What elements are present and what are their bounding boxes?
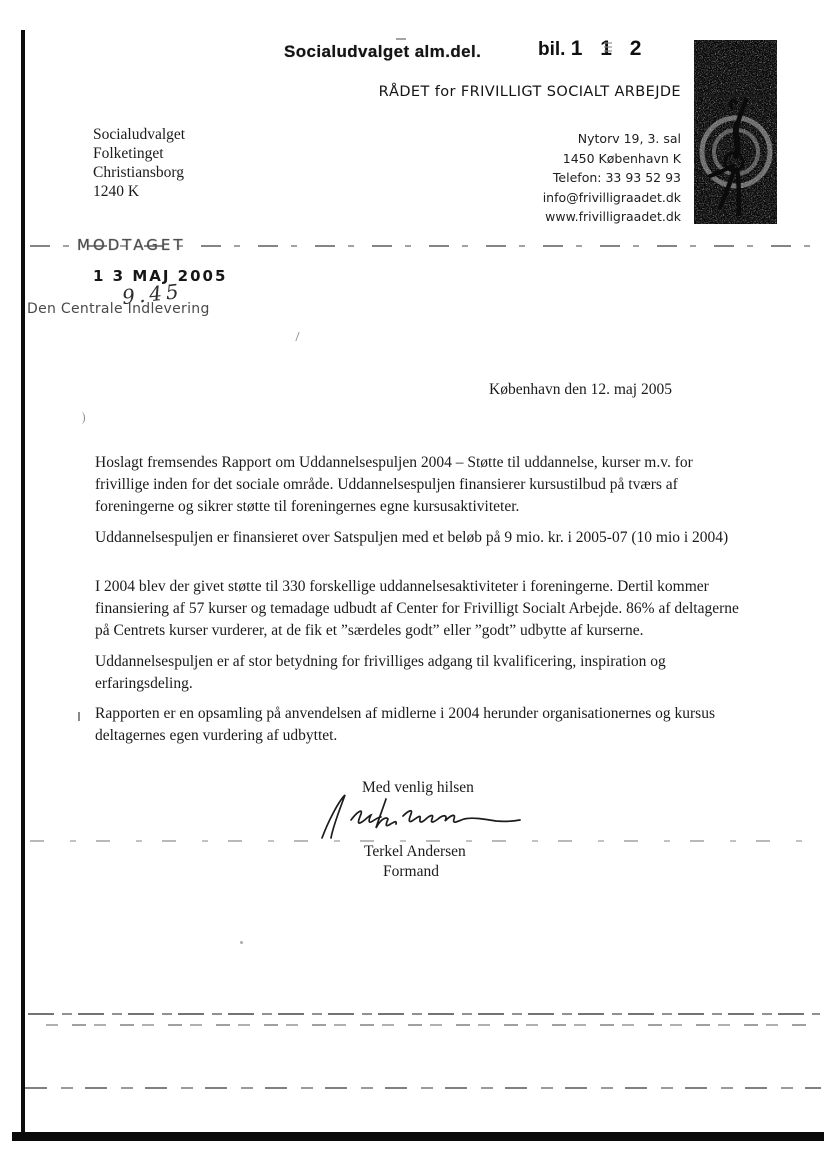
recipient-line: Folketinget (93, 144, 185, 163)
scan-edge-bottom-bar (12, 1132, 824, 1141)
sender-phone-line: Telefon: 33 93 52 93 (543, 168, 681, 188)
body-paragraph: I 2004 blev der givet støtte til 330 for… (95, 576, 755, 642)
sender-email-line: info@frivilligraadet.dk (543, 188, 681, 208)
scan-dash-artifact (396, 38, 406, 40)
signer-role: Formand (383, 863, 439, 881)
scan-edge-left-bar (21, 30, 25, 1133)
bil-number-stamp: bil. 1 1 2 (538, 37, 647, 61)
body-paragraph: Uddannelsespuljen er finansieret over Sa… (95, 527, 747, 549)
scan-dot-artifact (240, 941, 243, 944)
dancer-figure-logo-image (694, 40, 777, 224)
dashed-scan-line-bottom-1 (28, 1013, 820, 1015)
scan-tick-artifact (78, 712, 80, 721)
sender-address-line: Nytorv 19, 3. sal (543, 129, 681, 149)
stamp-smudge-artifact (604, 40, 612, 54)
bil-label: bil. (538, 39, 565, 60)
received-stamp-title: MODTAGET (77, 236, 186, 254)
sender-contact-block: Nytorv 19, 3. sal 1450 København K Telef… (543, 129, 681, 227)
committee-stamp-text: Socialudvalget alm.del. (284, 42, 481, 62)
scan-mark-artifact (291, 332, 299, 341)
frivilligraadet-logo (694, 40, 777, 224)
dashed-scan-line-bottom-3 (25, 1087, 821, 1089)
recipient-line: Christiansborg (93, 163, 185, 182)
dashed-scan-line-bottom-2 (46, 1024, 806, 1026)
scanned-letter-page: Socialudvalget alm.del. bil. 1 1 2 RÅDET… (0, 0, 824, 1169)
recipient-line: 1240 K (93, 182, 185, 201)
dashed-scan-line-signature (30, 840, 818, 842)
recipient-address: Socialudvalget Folketinget Christiansbor… (93, 125, 185, 201)
organisation-title: RÅDET for FRIVILLIGT SOCIALT ARBEJDE (379, 84, 681, 100)
body-paragraph: Hoslagt fremsendes Rapport om Uddannelse… (95, 452, 747, 518)
sender-address-line: 1450 København K (543, 149, 681, 169)
body-paragraph: Uddannelsespuljen er af stor betydning f… (95, 651, 747, 695)
signer-name: Terkel Andersen (364, 843, 466, 861)
scan-paren-artifact (79, 412, 85, 424)
recipient-line: Socialudvalget (93, 125, 185, 144)
body-paragraph: Rapporten er en opsamling på anvendelsen… (95, 703, 755, 747)
sender-website-line: www.frivilligraadet.dk (543, 207, 681, 227)
received-stamp-office: Den Centrale Indlevering (27, 301, 210, 317)
handwritten-signature (318, 790, 528, 847)
letter-dateline: København den 12. maj 2005 (489, 381, 672, 399)
